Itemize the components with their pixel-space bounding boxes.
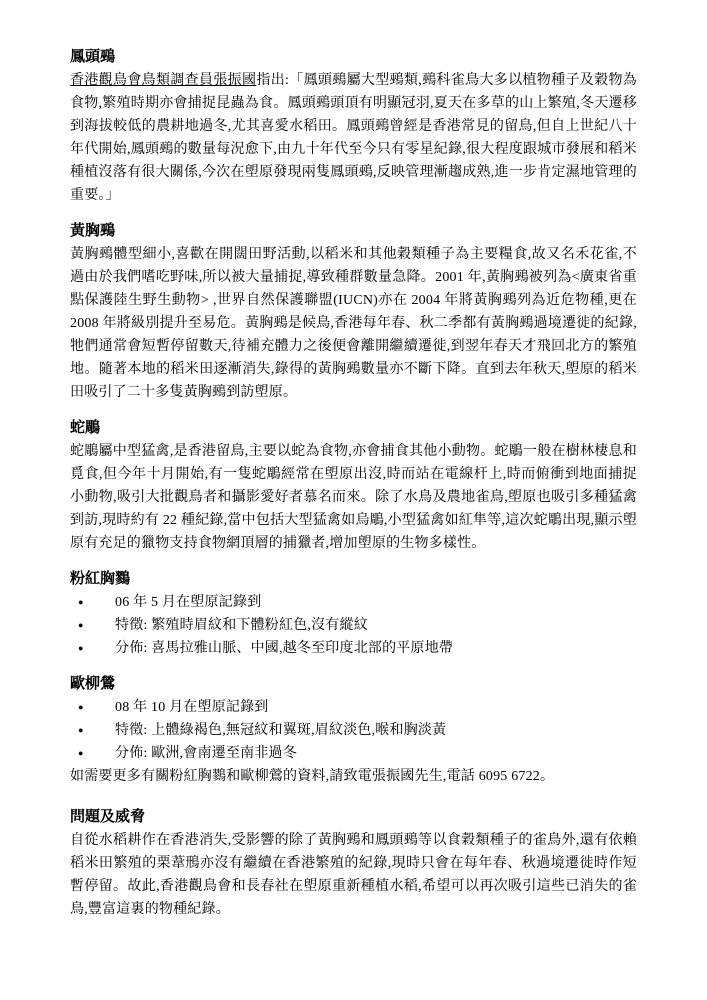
bullet-icon: ● [70, 719, 115, 742]
list-item-text: 分佈: 喜馬拉雅山脈、中國,越冬至印度北部的平原地帶 [115, 637, 637, 660]
bullet-icon: ● [70, 637, 115, 660]
list-item-text: 特徵: 繁殖時眉紋和下體粉紅色,沒有縱紋 [115, 614, 637, 637]
section-heading-problems-threats: 問題及威脅 [70, 806, 637, 829]
list-item-text: 特徵: 上體綠褐色,無冠紋和翼斑,眉紋淡色,喉和胸淡黃 [115, 719, 637, 742]
list-item: ● 06 年 5 月在塱原記錄到 [70, 591, 637, 614]
quote-attribution-underlined: 香港觀鳥會鳥類調查員張振國 [70, 73, 256, 88]
section-problems-threats: 問題及威脅 自從水稻耕作在香港消失,受影響的除了黃胸鵐和鳳頭鵐等以食穀類種子的雀… [70, 806, 637, 921]
section-rosy-pipit: 粉紅胸鷚 ● 06 年 5 月在塱原記錄到 ● 特徵: 繁殖時眉紋和下體粉紅色,… [70, 568, 637, 660]
section-heading-crested-bunting: 鳳頭鵐 [70, 46, 637, 69]
list-item: ● 特徵: 繁殖時眉紋和下體粉紅色,沒有縱紋 [70, 614, 637, 637]
list-item: ● 分佈: 喜馬拉雅山脈、中國,越冬至印度北部的平原地帶 [70, 637, 637, 660]
section-heading-serpent-eagle: 蛇鵰 [70, 417, 637, 440]
yellow-breasted-bunting-paragraph: 黃胸鵐體型細小,喜歡在開闊田野活動,以稻米和其他穀類種子為主要糧食,故又名禾花雀… [70, 243, 637, 404]
section-heading-yellow-breasted-bunting: 黃胸鵐 [70, 220, 637, 243]
section-willow-warbler: 歐柳鶯 ● 08 年 10 月在塱原記錄到 ● 特徵: 上體綠褐色,無冠紋和翼斑… [70, 673, 637, 765]
bullet-icon: ● [70, 696, 115, 719]
crested-bunting-text: 指出:「鳳頭鵐屬大型鵐類,鵐科雀鳥大多以植物種子及穀物為食物,繁殖時期亦會捕捉昆… [70, 73, 637, 203]
serpent-eagle-paragraph: 蛇鵰屬中型猛禽,是香港留鳥,主要以蛇為食物,亦會捕食其他小動物。蛇鵰一般在樹林棲… [70, 440, 637, 555]
problems-threats-paragraph: 自從水稻耕作在香港消失,受影響的除了黃胸鵐和鳳頭鵐等以食穀類種子的雀鳥外,還有依… [70, 829, 637, 921]
list-item-text: 08 年 10 月在塱原記錄到 [115, 696, 637, 719]
crested-bunting-paragraph: 香港觀鳥會鳥類調查員張振國指出:「鳳頭鵐屬大型鵐類,鵐科雀鳥大多以植物種子及穀物… [70, 69, 637, 207]
section-crested-bunting: 鳳頭鵐 香港觀鳥會鳥類調查員張振國指出:「鳳頭鵐屬大型鵐類,鵐科雀鳥大多以植物種… [70, 46, 637, 207]
bullet-icon: ● [70, 614, 115, 637]
list-item-text: 分佈: 歐洲,會南遷至南非過冬 [115, 742, 637, 765]
section-serpent-eagle: 蛇鵰 蛇鵰屬中型猛禽,是香港留鳥,主要以蛇為食物,亦會捕食其他小動物。蛇鵰一般在… [70, 417, 637, 555]
willow-warbler-list: ● 08 年 10 月在塱原記錄到 ● 特徵: 上體綠褐色,無冠紋和翼斑,眉紋淡… [70, 696, 637, 765]
section-yellow-breasted-bunting: 黃胸鵐 黃胸鵐體型細小,喜歡在開闊田野活動,以稻米和其他穀類種子為主要糧食,故又… [70, 220, 637, 404]
section-heading-willow-warbler: 歐柳鶯 [70, 673, 637, 696]
section-heading-rosy-pipit: 粉紅胸鷚 [70, 568, 637, 591]
bullet-icon: ● [70, 591, 115, 614]
bullet-icon: ● [70, 742, 115, 765]
list-item-text: 06 年 5 月在塱原記錄到 [115, 591, 637, 614]
rosy-pipit-list: ● 06 年 5 月在塱原記錄到 ● 特徵: 繁殖時眉紋和下體粉紅色,沒有縱紋 … [70, 591, 637, 660]
list-item: ● 特徵: 上體綠褐色,無冠紋和翼斑,眉紋淡色,喉和胸淡黃 [70, 719, 637, 742]
list-item: ● 分佈: 歐洲,會南遷至南非過冬 [70, 742, 637, 765]
document-page: 鳳頭鵐 香港觀鳥會鳥類調查員張振國指出:「鳳頭鵐屬大型鵐類,鵐科雀鳥大多以植物種… [0, 0, 707, 1000]
list-item: ● 08 年 10 月在塱原記錄到 [70, 696, 637, 719]
contact-note: 如需要更多有關粉紅胸鷚和歐柳鶯的資料,請致電張振國先生,電話 6095 6722… [70, 765, 637, 788]
